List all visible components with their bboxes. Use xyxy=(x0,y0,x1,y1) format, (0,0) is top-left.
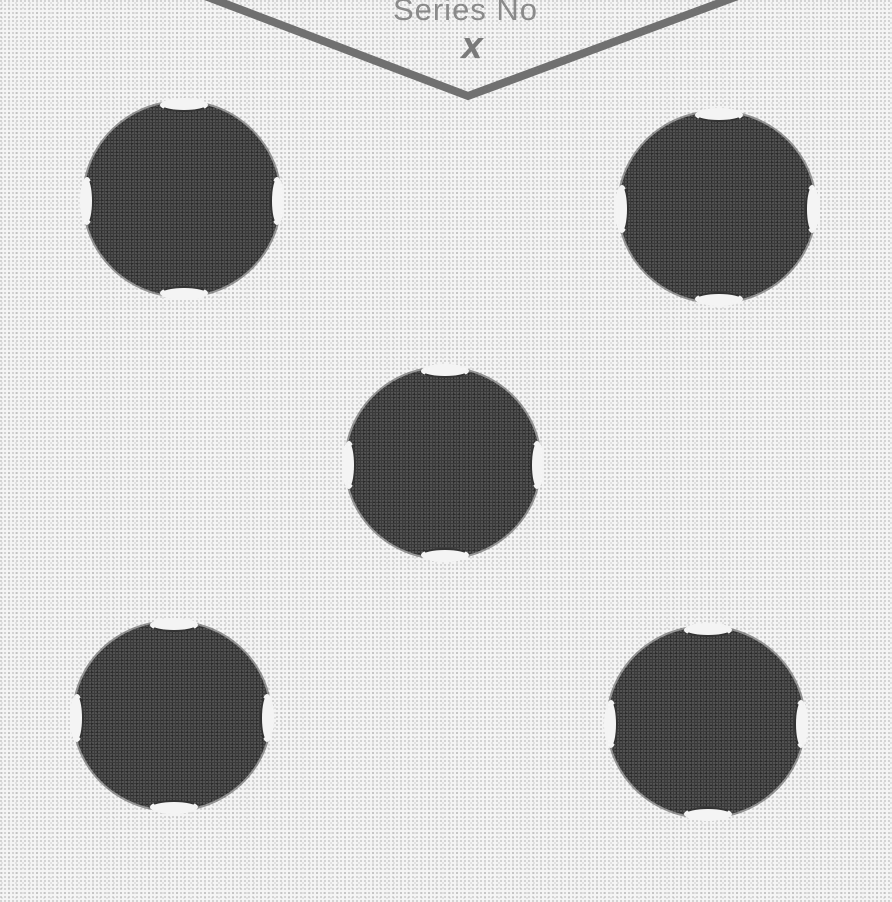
aiming-bull-top-right xyxy=(619,112,815,302)
scoring-notch-icon xyxy=(805,185,819,233)
scoring-notch-icon xyxy=(421,364,469,378)
series-number-value: X xyxy=(452,32,492,65)
scoring-notch-icon xyxy=(684,807,732,821)
scoring-notch-icon xyxy=(615,185,629,233)
scoring-notch-icon xyxy=(342,441,356,489)
scoring-notch-icon xyxy=(270,177,284,225)
series-number-label: Series No xyxy=(378,0,553,28)
target-sheet: Series No X xyxy=(0,0,892,902)
scoring-notch-icon xyxy=(794,700,808,748)
scoring-notch-icon xyxy=(80,177,94,225)
scoring-notch-icon xyxy=(70,694,84,742)
scoring-notch-icon xyxy=(150,618,198,632)
scoring-notch-icon xyxy=(695,292,743,306)
scoring-notch-icon xyxy=(604,700,618,748)
scoring-notch-icon xyxy=(530,441,544,489)
scoring-notch-icon xyxy=(160,98,208,112)
aiming-bull-bottom-right xyxy=(608,627,804,817)
scoring-notch-icon xyxy=(695,108,743,122)
aiming-bull-top-left xyxy=(84,102,280,296)
aiming-bull-bottom-left xyxy=(74,622,270,810)
aiming-bull-center xyxy=(346,368,540,558)
scoring-notch-icon xyxy=(150,800,198,814)
scoring-notch-icon xyxy=(421,548,469,562)
scoring-notch-icon xyxy=(160,286,208,300)
scoring-notch-icon xyxy=(684,623,732,637)
scoring-notch-icon xyxy=(260,694,274,742)
